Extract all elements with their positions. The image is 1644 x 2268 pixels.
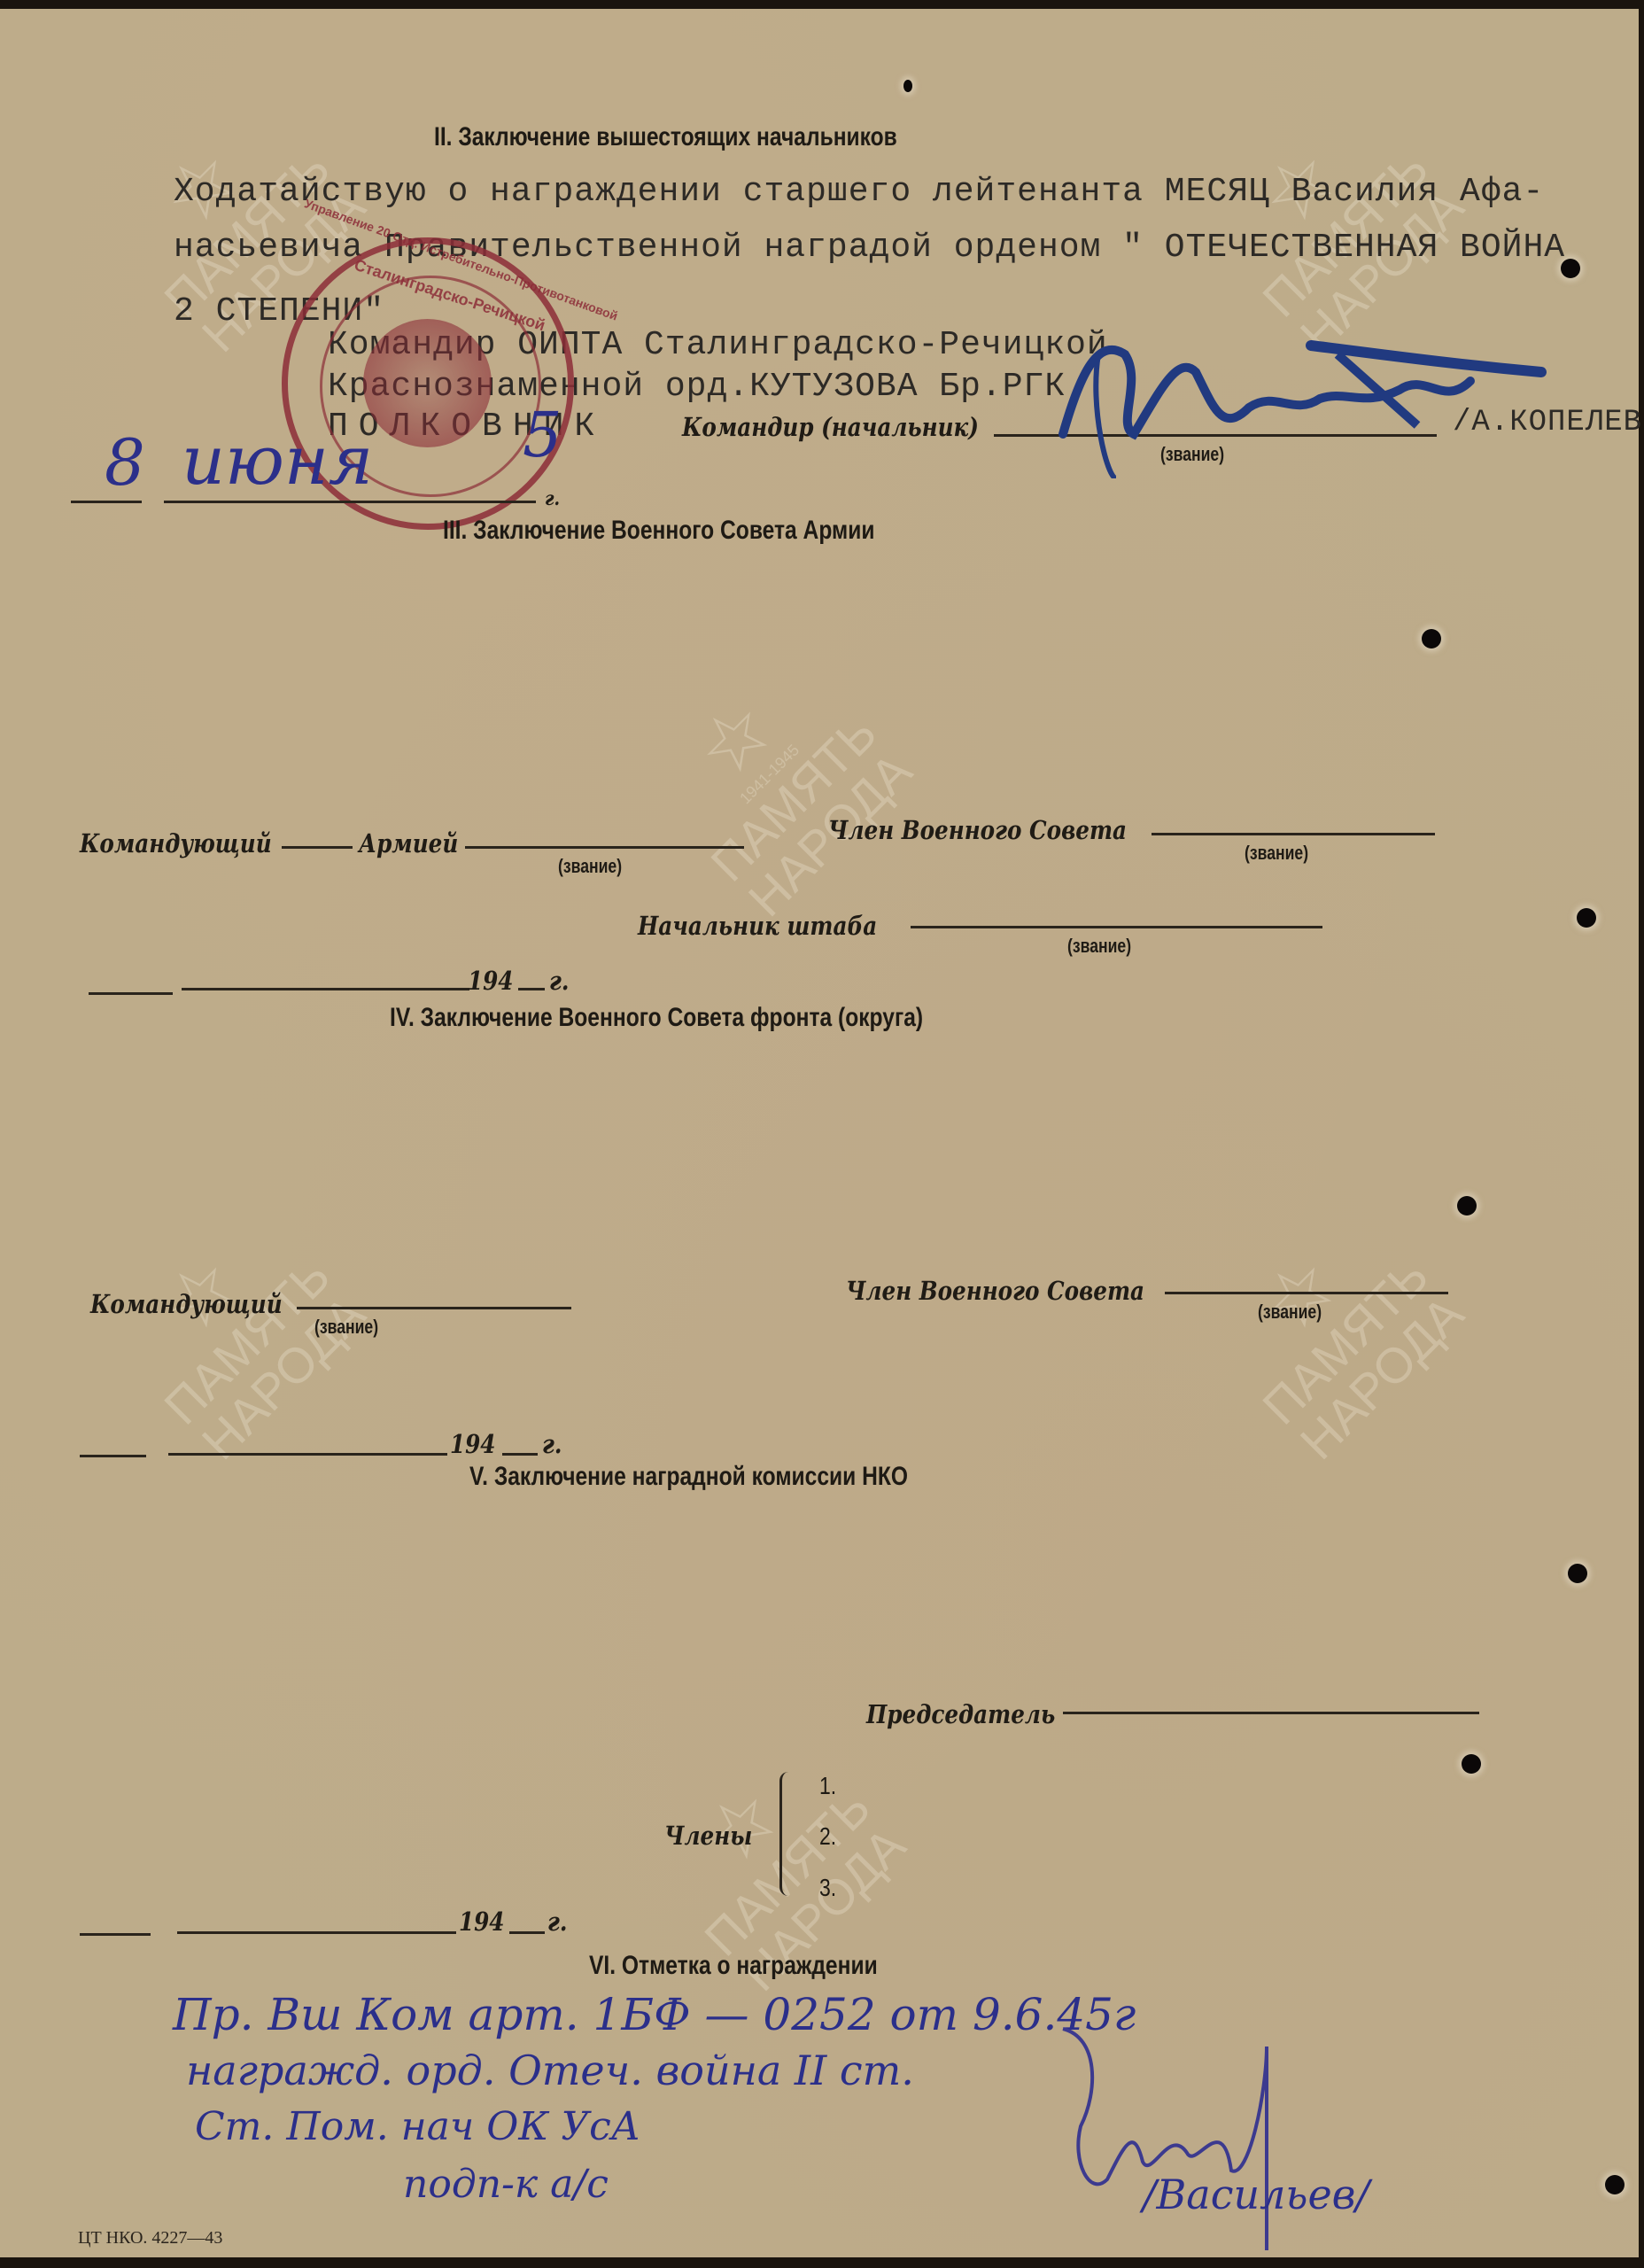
chairman-label: Председатель bbox=[866, 1699, 1055, 1729]
rank-hint: (звание) bbox=[1258, 1301, 1322, 1324]
star-icon: ☆ bbox=[633, 638, 837, 842]
council-member-label: Член Военного Совета bbox=[846, 1276, 1144, 1306]
year-label: г. bbox=[547, 1907, 567, 1937]
member-3: 3. bbox=[819, 1874, 836, 1902]
year-label: г. bbox=[542, 1429, 562, 1459]
section-3-heading: III. Заключение Военного Совета Армии bbox=[443, 516, 874, 546]
section-2-heading: II. Заключение вышестоящих начальников bbox=[434, 122, 897, 152]
members-brace bbox=[779, 1772, 795, 1896]
watermark: ☆ПАМЯТЬНАРОДА bbox=[1198, 1193, 1474, 1470]
signature-line bbox=[1152, 833, 1435, 835]
signature-name: /Васильев/ bbox=[1143, 2171, 1369, 2218]
date-year: 194 bbox=[459, 1907, 504, 1937]
rank-hint: (звание) bbox=[314, 1316, 378, 1339]
date-line bbox=[71, 501, 142, 503]
commander-label: Командир (начальник) bbox=[682, 412, 979, 442]
signature-line bbox=[1063, 1712, 1479, 1714]
handwritten-note-line: награжд. орд. Отеч. война II ст. bbox=[186, 2047, 914, 2094]
date-line bbox=[182, 988, 469, 990]
date-line bbox=[164, 501, 536, 503]
rank-hint: (звание) bbox=[558, 855, 622, 878]
typed-text-line: Ходатайствую о награждении старшего лейт… bbox=[174, 173, 1544, 211]
commander-label: Командующий bbox=[90, 1289, 283, 1319]
chief-of-staff-label: Начальник штаба bbox=[638, 911, 877, 941]
award-sheet-page: ☆ПАМЯТЬНАРОДА ☆ПАМЯТЬНАРОДА ☆1941-1945ПА… bbox=[0, 9, 1639, 2257]
section-4-heading: IV. Заключение Военного Совета фронта (о… bbox=[390, 1003, 923, 1033]
member-2: 2. bbox=[819, 1822, 836, 1851]
date-line bbox=[518, 988, 545, 990]
rank-hint: (звание) bbox=[1067, 935, 1131, 958]
year-label: г. bbox=[549, 966, 569, 996]
date-line bbox=[80, 1455, 146, 1457]
signature-line bbox=[1165, 1292, 1448, 1294]
punch-hole bbox=[1577, 908, 1596, 928]
commander-signature bbox=[1045, 301, 1577, 478]
date-month: июня bbox=[182, 421, 373, 500]
form-code: ЦТ НКО. 4227—43 bbox=[78, 2228, 222, 2249]
punch-hole bbox=[1568, 1564, 1587, 1583]
date-line bbox=[502, 1453, 538, 1456]
signature-line bbox=[465, 846, 744, 849]
punch-hole bbox=[903, 80, 912, 92]
date-day: 8 bbox=[105, 425, 145, 500]
army-label: Армией bbox=[359, 828, 458, 858]
date-year: 194 bbox=[468, 966, 513, 996]
signature-line bbox=[282, 846, 353, 849]
signature-line bbox=[911, 926, 1322, 928]
date-year: 194 bbox=[450, 1429, 495, 1459]
watermark: ☆1941-1945ПАМЯТЬНАРОДА bbox=[633, 638, 922, 927]
member-1: 1. bbox=[819, 1772, 836, 1800]
date-year-suffix: 5 bbox=[523, 399, 562, 471]
section-5-heading: V. Заключение наградной комиссии НКО bbox=[469, 1462, 908, 1492]
handwritten-note-line: Ст. Пом. нач ОК УсА bbox=[195, 2104, 640, 2149]
date-line bbox=[89, 992, 173, 995]
handwritten-note-line: Пр. Вш Ком арт. 1БФ — 0252 от 9.6.45г bbox=[173, 1989, 1136, 2040]
year-label: г. bbox=[545, 487, 560, 510]
commander-label: Командующий bbox=[80, 828, 272, 858]
date-line bbox=[168, 1453, 447, 1456]
date-line bbox=[80, 1933, 151, 1936]
council-member-label: Член Военного Совета bbox=[828, 815, 1127, 845]
punch-hole bbox=[1457, 1196, 1477, 1216]
members-label: Члены bbox=[664, 1821, 752, 1851]
rank-hint: (звание) bbox=[1245, 842, 1308, 865]
date-line bbox=[509, 1931, 545, 1934]
signature-line bbox=[297, 1307, 571, 1309]
star-icon: ☆ bbox=[1198, 1193, 1401, 1397]
handwritten-note-line: подп-к а/с bbox=[403, 2162, 609, 2207]
date-line bbox=[177, 1931, 456, 1934]
punch-hole bbox=[1605, 2175, 1625, 2194]
punch-hole bbox=[1422, 629, 1441, 649]
ussr-emblem-icon bbox=[363, 319, 492, 447]
section-6-heading: VI. Отметка о награждении bbox=[589, 1951, 878, 1981]
punch-hole bbox=[1462, 1754, 1481, 1774]
